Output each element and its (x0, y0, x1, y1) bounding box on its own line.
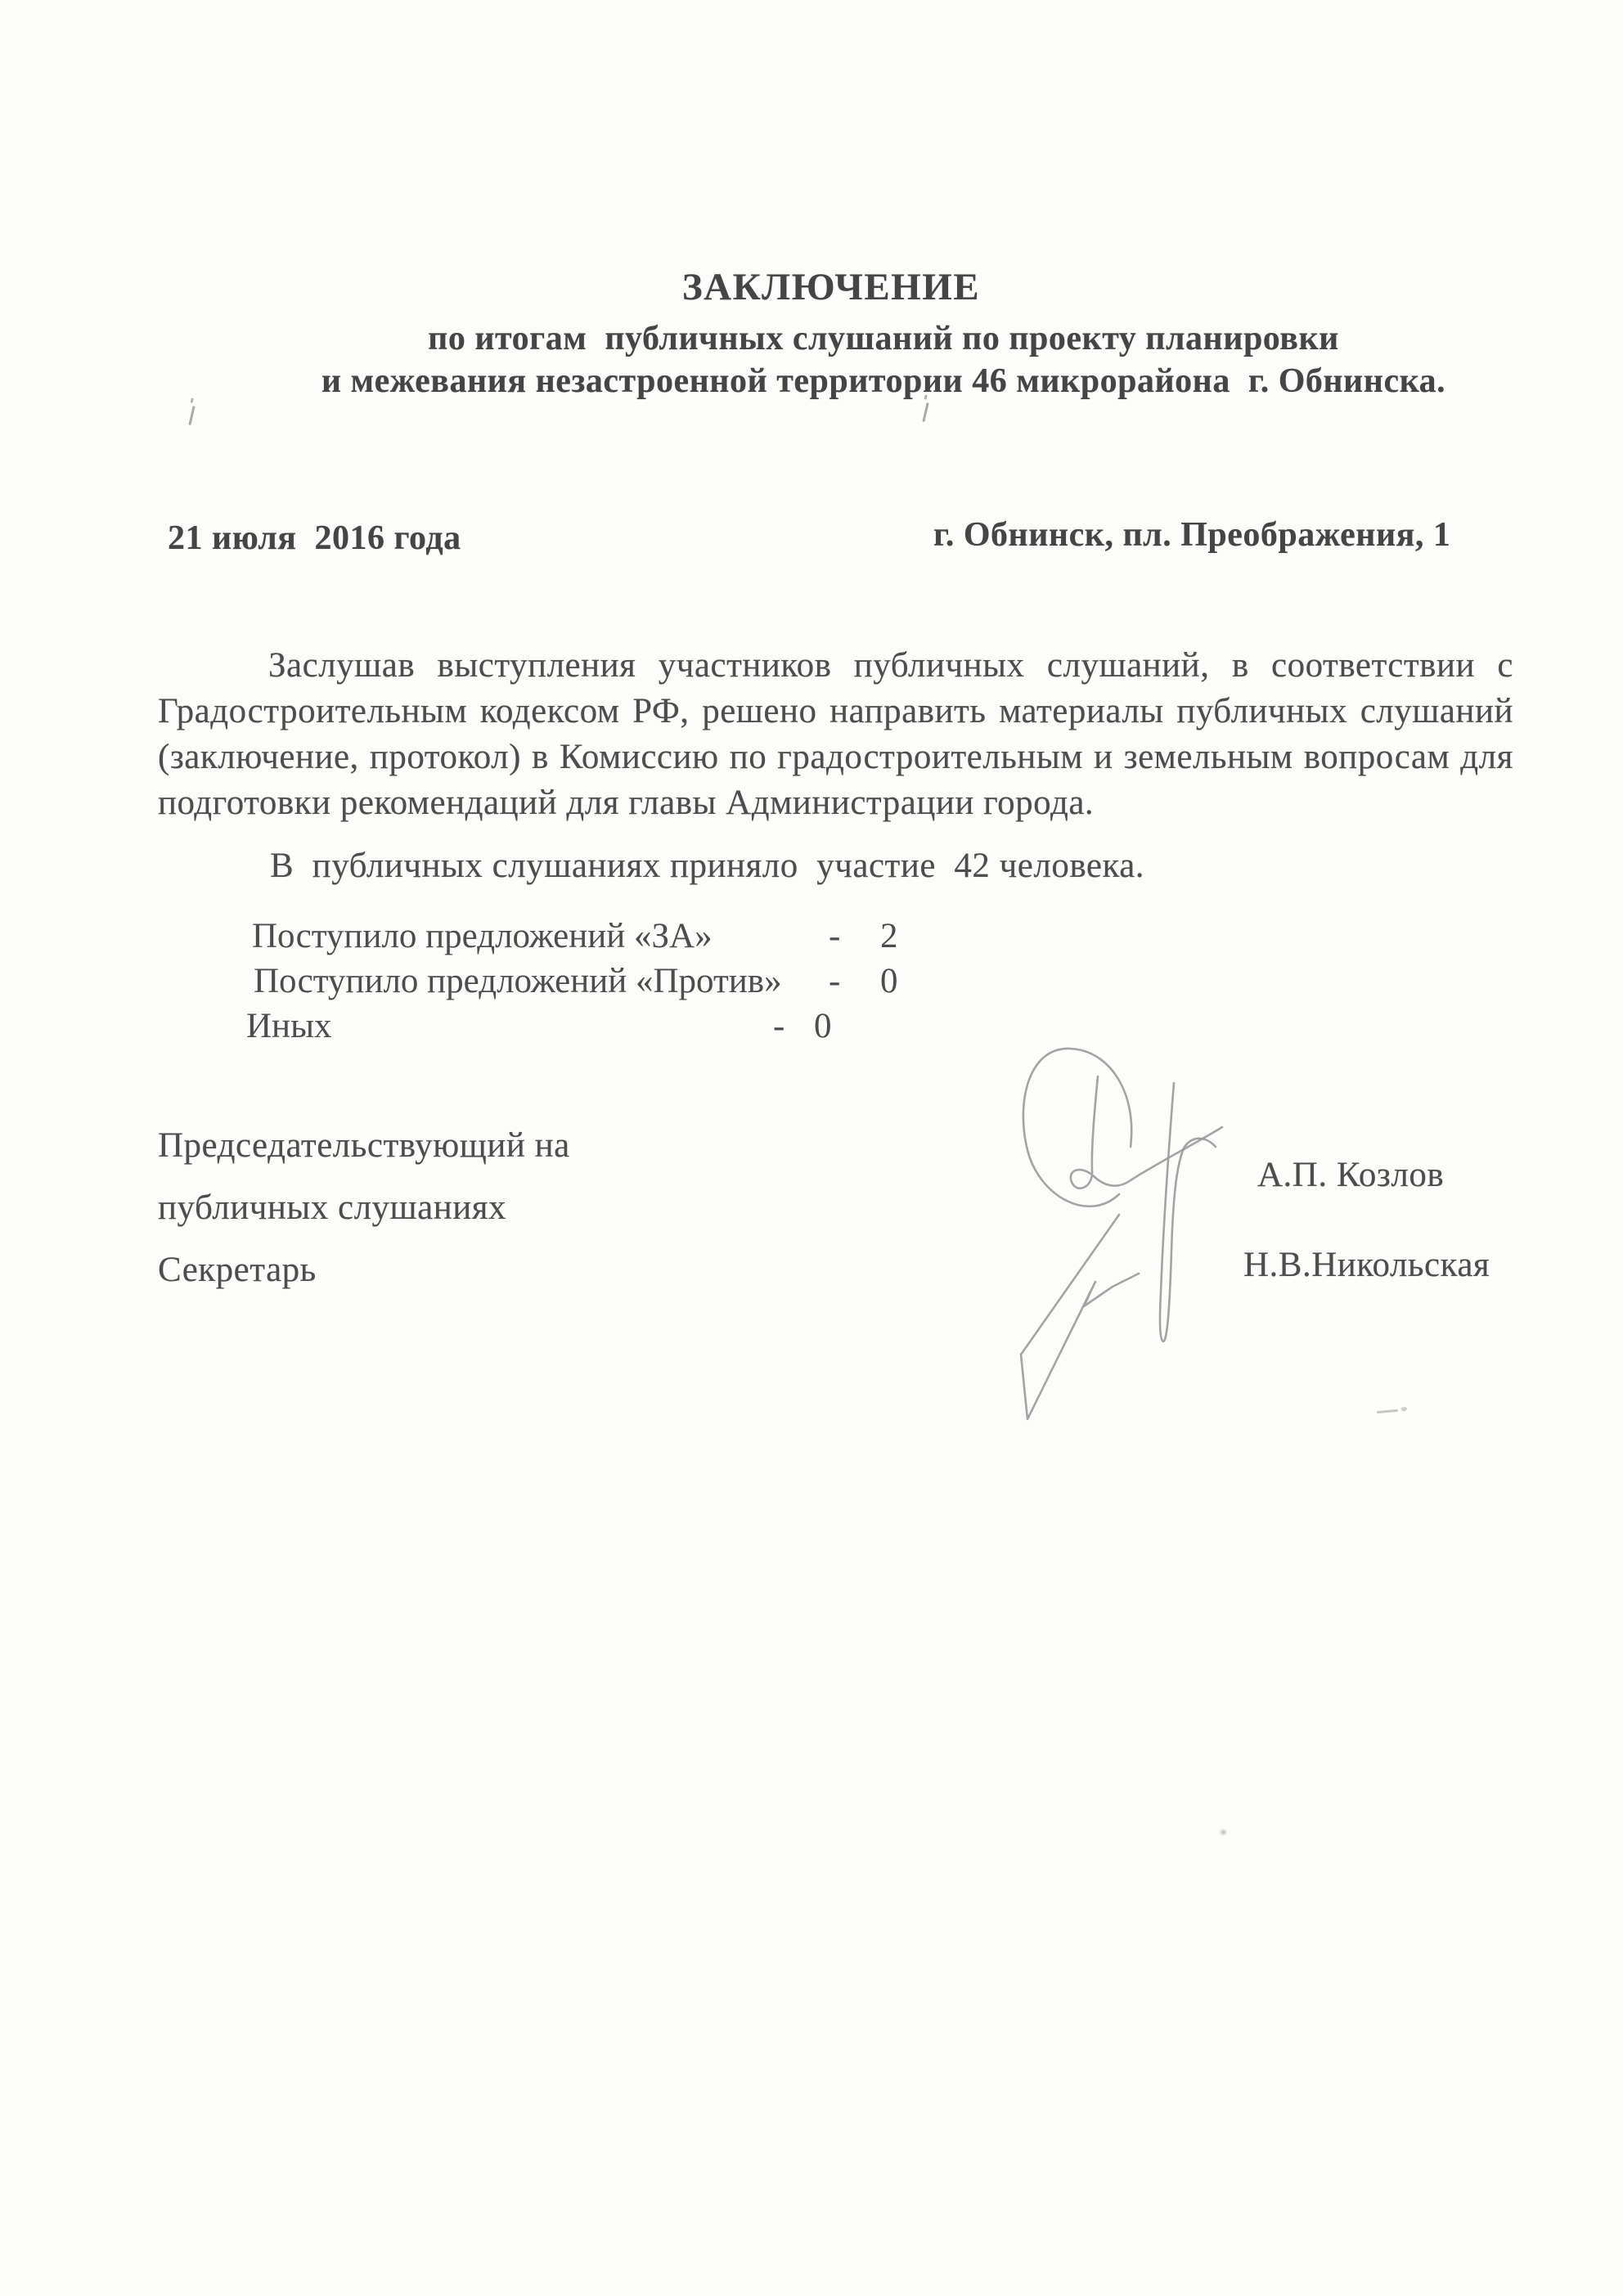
paragraph-line: (заключение,протокол)вКомиссиюпоградостр… (158, 735, 1513, 780)
proposal-dash: - (829, 961, 840, 1001)
proposal-row: Иных - 0 (246, 1006, 331, 1049)
participation-line: В публичных слушаниях приняло участие 42… (270, 846, 1144, 886)
paragraph-line: ГрадостроительнымкодексомРФ,решенонаправ… (158, 689, 1513, 735)
main-paragraph: Заслушаввыступленияучастниковпубличныхсл… (158, 643, 1513, 826)
proposal-dash: - (829, 916, 840, 956)
chairman-name: А.П. Козлов (1257, 1155, 1444, 1195)
paragraph-line: подготовки рекомендаций для главы Админи… (158, 780, 1513, 826)
scan-speck (1221, 1830, 1226, 1835)
scan-artifact (188, 406, 195, 425)
proposal-label: Поступило предложений «Против» (254, 962, 782, 1000)
scanned-document-page: ЗАКЛЮЧЕНИЕ по итогам публичных слушаний … (0, 0, 1623, 2296)
proposal-row: Поступило предложений «ЗА» - 2 (252, 916, 713, 959)
proposal-value: 2 (880, 916, 898, 956)
proposal-value: 0 (814, 1006, 832, 1046)
chairman-role-line1: Председательствующий на (158, 1126, 570, 1166)
document-title: ЗАКЛЮЧЕНИЕ (20, 265, 1623, 309)
proposal-row: Поступило предложений «Против» - 0 (254, 961, 782, 1004)
scan-artifact (922, 402, 928, 422)
chairman-role-line2: публичных слушаниях (158, 1188, 506, 1228)
document-date: 21 июля 2016 года (168, 519, 461, 558)
document-place: г. Обнинск, пл. Преображения, 1 (933, 515, 1450, 555)
signature-scribble (975, 1022, 1245, 1431)
paragraph-line: Заслушаввыступленияучастниковпубличныхсл… (158, 643, 1513, 689)
scan-speck (1377, 1409, 1398, 1413)
secretary-name: Н.В.Никольская (1243, 1245, 1490, 1285)
proposal-dash: - (773, 1006, 785, 1046)
proposal-value: 0 (880, 961, 898, 1001)
proposal-label: Поступило предложений «ЗА» (252, 917, 713, 955)
proposal-label: Иных (246, 1007, 331, 1045)
secretary-role: Секретарь (158, 1250, 317, 1290)
title-subtitle-line1: по итогам публичных слушаний по проекту … (72, 319, 1623, 358)
title-subtitle-line2: и межевания незастроенной территории 46 … (72, 362, 1623, 401)
